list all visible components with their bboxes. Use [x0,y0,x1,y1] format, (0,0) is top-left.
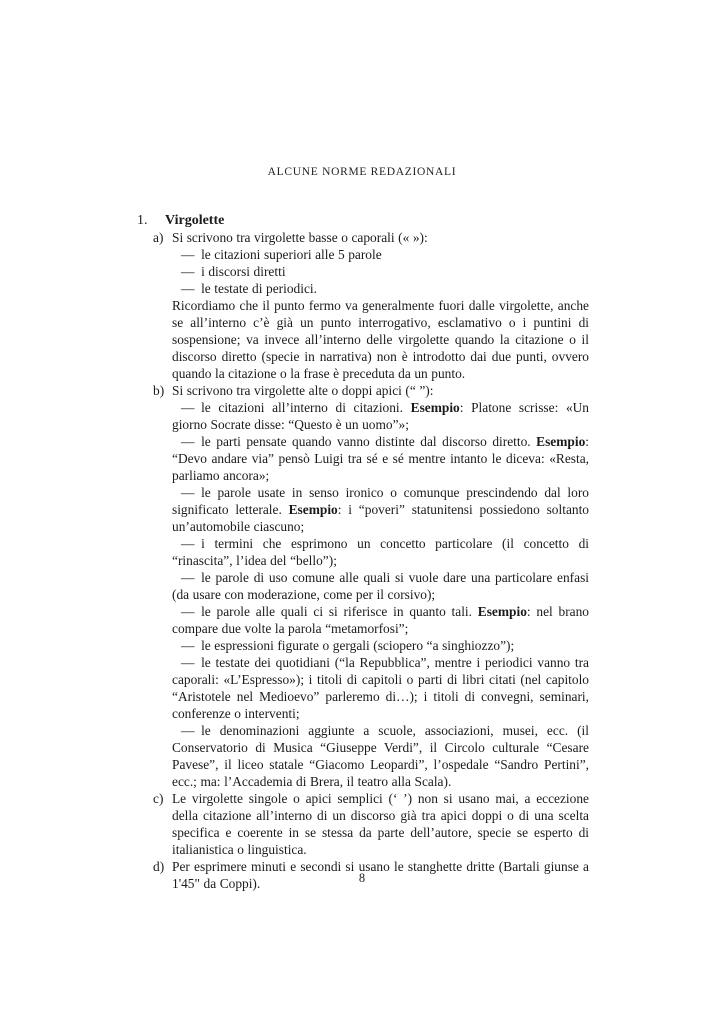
text-segment: — i termini che esprimono un concetto pa… [172,536,589,568]
body-paragraph: — le testate dei quotidiani (“la Repubbl… [172,654,589,722]
text-segment: — le denominazioni aggiunte a scuole, as… [172,723,589,789]
body-paragraph: — i discorsi diretti [172,263,589,280]
section-title: Virgolette [165,213,224,228]
body-paragraph: — le testate di periodici. [172,280,589,297]
body-paragraph: — le parole alle quali ci si riferisce i… [172,603,589,637]
text-segment: Le virgolette singole o apici semplici (… [172,791,589,857]
content-area: 1.Virgolette a)Si scrivono tra virgolett… [137,212,589,892]
page-number: 8 [0,871,724,885]
text-segment: — le parti pensate quando vanno distinte… [181,434,536,449]
text-segment: — le citazioni all’interno di citazioni. [181,400,411,415]
body-paragraph: — le denominazioni aggiunte a scuole, as… [172,722,589,790]
text-segment: — le citazioni superiori alle 5 parole [181,247,382,262]
body-paragraph: — le citazioni superiori alle 5 parole [172,246,589,263]
body-paragraph: — le parti pensate quando vanno distinte… [172,433,589,484]
body-paragraph: — le citazioni all’interno di citazioni.… [172,399,589,433]
bold-run-in: Esempio [478,604,527,619]
text-segment: Ricordiamo che il punto fermo va general… [172,298,589,381]
list-item-a: a)Si scrivono tra virgolette basse o cap… [172,229,589,382]
body-paragraph: Si scrivono tra virgolette alte o doppi … [172,382,589,399]
item-marker: a) [153,229,163,246]
text-segment: — le parole alle quali ci si riferisce i… [181,604,478,619]
text-segment: Si scrivono tra virgolette alte o doppi … [172,383,433,398]
body-paragraph: Le virgolette singole o apici semplici (… [172,790,589,858]
body-paragraph: Ricordiamo che il punto fermo va general… [172,297,589,382]
text-segment: — le parole di uso comune alle quali si … [172,570,589,602]
items-list: a)Si scrivono tra virgolette basse o cap… [172,229,589,892]
section-number: 1. [137,212,165,229]
text-segment: — le testate dei quotidiani (“la Repubbl… [172,655,589,721]
body-paragraph: — i termini che esprimono un concetto pa… [172,535,589,569]
bold-run-in: Esempio [411,400,460,415]
document-page: ALCUNE NORME REDAZIONALI 1.Virgolette a)… [0,0,724,1024]
bold-run-in: Esempio [289,502,338,517]
text-segment: — i discorsi diretti [181,264,286,279]
text-segment: — le testate di periodici. [181,281,317,296]
body-paragraph: Si scrivono tra virgolette basse o capor… [172,229,589,246]
body-paragraph: — le parole di uso comune alle quali si … [172,569,589,603]
item-marker: c) [153,790,163,807]
text-segment: — le espressioni figurate o gergali (sci… [181,638,514,653]
body-paragraph: — le espressioni figurate o gergali (sci… [172,637,589,654]
item-marker: b) [153,382,164,399]
bold-run-in: Esempio [536,434,585,449]
running-header: ALCUNE NORME REDAZIONALI [0,166,724,179]
body-paragraph: — le parole usate in senso ironico o com… [172,484,589,535]
section-heading: 1.Virgolette [137,212,589,229]
text-segment: Si scrivono tra virgolette basse o capor… [172,230,428,245]
list-item-c: c)Le virgolette singole o apici semplici… [172,790,589,858]
list-item-b: b)Si scrivono tra virgolette alte o dopp… [172,382,589,790]
